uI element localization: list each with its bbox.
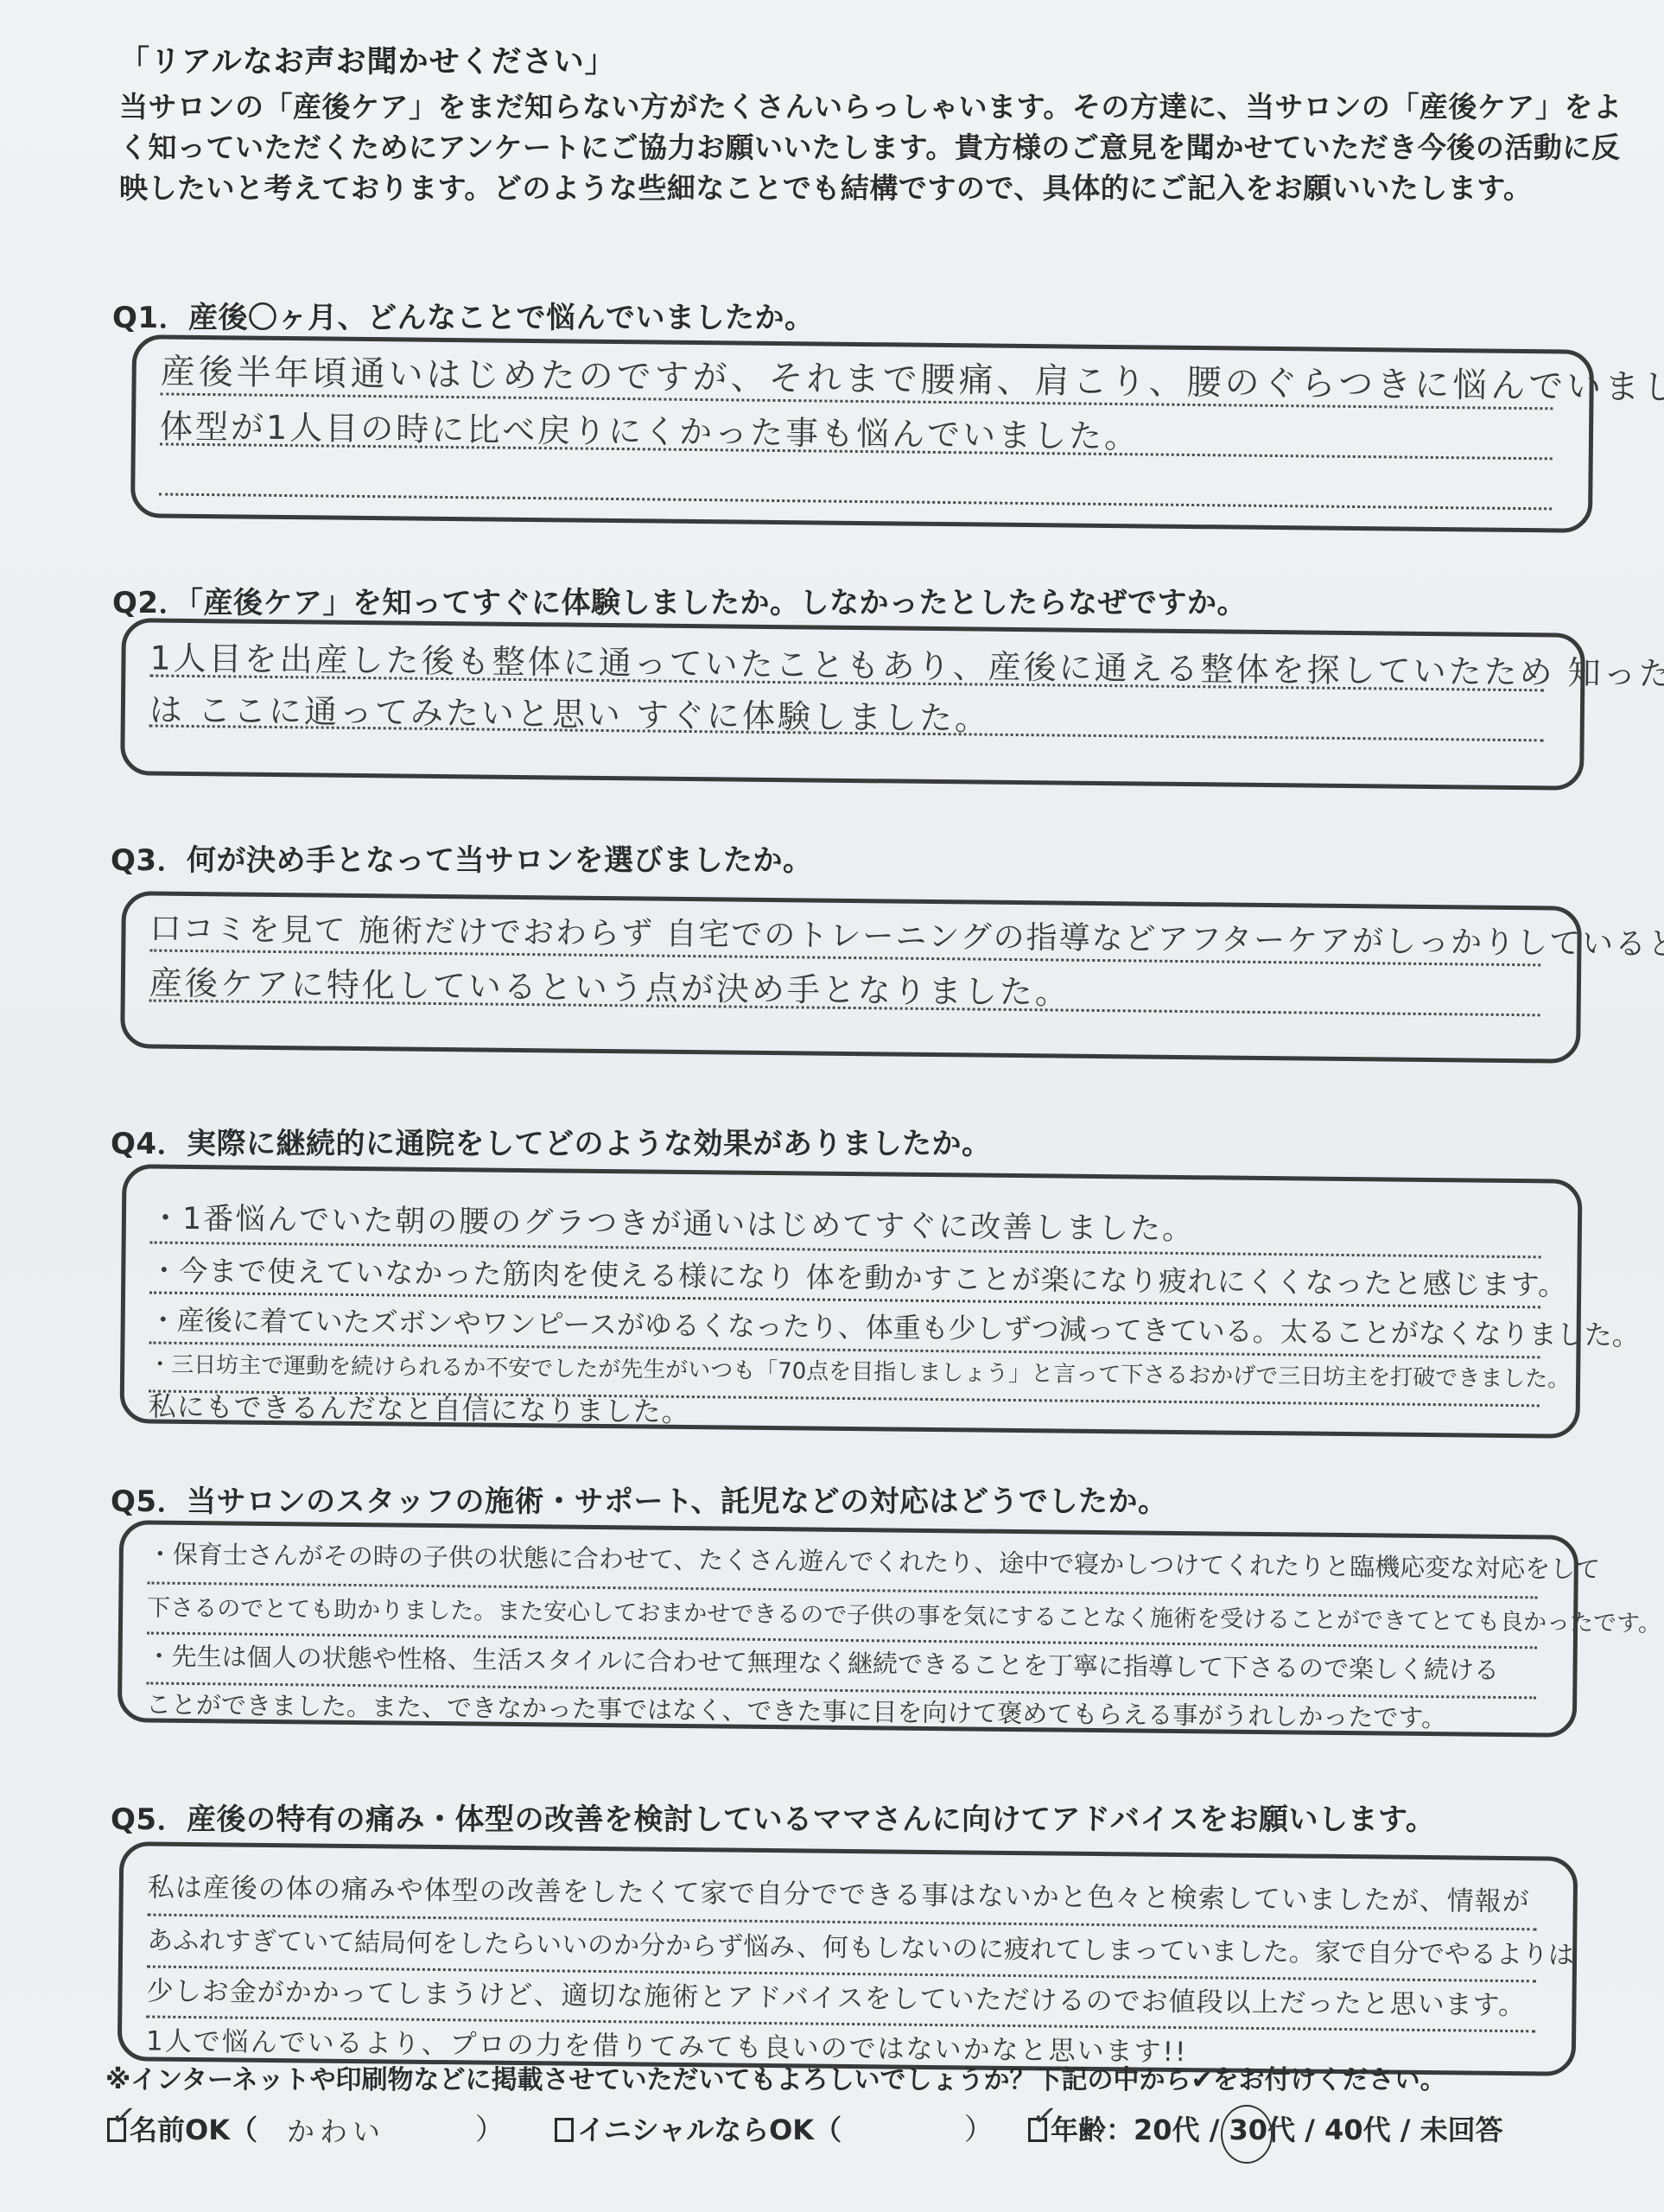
question-3-label: Q3．何が決め手となって当サロンを選びましたか。 <box>111 836 813 879</box>
intro-line: 当サロンの「産後ケア」をまだ知らない方がたくさんいらっしゃいます。その方達に、当… <box>119 86 1588 127</box>
question-2-answer-box[interactable]: 1人目を出産した後も整体に通っていたこともあり、産後に通える整体を探していたため… <box>120 618 1585 791</box>
age-option-20s[interactable]: 20代 <box>1134 2108 1200 2152</box>
survey-intro: 当サロンの「産後ケア」をまだ知らない方がたくさんいらっしゃいます。その方達に、当… <box>119 86 1588 208</box>
age-option[interactable]: ✓ 年齢：20代 / 30代 / 40代 / 未回答 <box>1028 2108 1503 2152</box>
consent-options: ✓ 名前OK（ かわい ） イニシャルならOK（ ） ✓ 年齢：20代 / 30… <box>107 2108 1576 2152</box>
question-6-label: Q5．産後の特有の痛み・体型の改善を検討しているママさんに向けてアドバイスをお願… <box>111 1796 1435 1838</box>
publication-consent-notice: ※インターネットや印刷物などに掲載させていただいてもよろしいでしょうか？下記の中… <box>105 2058 1446 2096</box>
answer-line: ・保育士さんがその時の子供の状態に合わせて、たくさん遊んでくれたり、途中で寝かし… <box>148 1535 1601 1586</box>
age-separator: / <box>1391 2113 1420 2146</box>
question-4-answer-box[interactable]: ・1番悩んでいた朝の腰のグラつきが通いはじめてすぐに改善しました。 ・今まで使え… <box>119 1164 1582 1439</box>
question-1-label: Q1．産後〇ヶ月、どんなことで悩んでいましたか。 <box>112 294 815 336</box>
age-label: 年齢： <box>1051 2113 1134 2146</box>
age-separator: / <box>1295 2113 1324 2146</box>
intro-line: く知っていただくためにアンケートにご協力お願いいたします。貴方様のご意見を聞かせ… <box>119 127 1588 168</box>
survey-title: 「リアルなお声お聞かせください」 <box>119 38 616 81</box>
answer-line: ・1番悩んでいた朝の腰のグラつきが通いはじめてすぐに改善しました。 <box>150 1195 1195 1249</box>
name-ok-label: 名前OK（ <box>130 2113 257 2146</box>
age-option-30s-selected[interactable]: 30代 <box>1229 2108 1296 2152</box>
question-2-label: Q2．「産後ケア」を知ってすぐに体験しましたか。しなかったとしたらなぜですか。 <box>112 579 1247 621</box>
name-ok-option[interactable]: ✓ 名前OK（ <box>107 2108 257 2152</box>
initial-field-close: ） <box>964 2108 994 2152</box>
question-4-label: Q4．実際に継続的に通院をしてどのような効果がありましたか。 <box>111 1120 992 1162</box>
question-5-answer-box[interactable]: ・保育士さんがその時の子供の状態に合わせて、たくさん遊んでくれたり、途中で寝かし… <box>117 1520 1578 1738</box>
question-3-answer-box[interactable]: 口コミを見て 施術だけでおわらず 自宅でのトレーニングの指導などアフターケアがし… <box>120 891 1582 1064</box>
name-ok-checkbox[interactable]: ✓ <box>107 2118 126 2142</box>
intro-line: 映したいと考えております。どのような些細なことでも結構ですので、具体的にご記入を… <box>119 168 1588 208</box>
initial-ok-checkbox[interactable] <box>555 2118 574 2142</box>
name-field[interactable]: かわい <box>287 2110 385 2153</box>
question-6-answer-box[interactable]: 私は産後の体の痛みや体型の改善をしたくて家で自分でできる事はないかと色々と検索し… <box>117 1841 1578 2076</box>
answer-line: 私にもできるんだなと自信になりました。 <box>148 1384 689 1430</box>
answer-line: 私は産後の体の痛みや体型の改善をしたくて家で自分でできる事はないかと色々と検索し… <box>148 1866 1530 1919</box>
age-option-40s[interactable]: 40代 <box>1324 2108 1391 2152</box>
age-checkbox[interactable]: ✓ <box>1028 2118 1047 2142</box>
initial-ok-option[interactable]: イニシャルならOK（ <box>555 2108 842 2152</box>
question-5-label: Q5．当サロンのスタッフの施術・サポート、託児などの対応はどうでしたか。 <box>111 1478 1168 1520</box>
question-1-answer-box[interactable]: 産後半年頃通いはじめたのですが、それまで腰痛、肩こり、腰のぐらつきに悩んでいまし… <box>130 334 1594 533</box>
name-field-close: ） <box>475 2108 505 2152</box>
dotted-rule <box>159 493 1552 510</box>
age-option-no-answer[interactable]: 未回答 <box>1420 2108 1503 2152</box>
initial-ok-label: イニシャルならOK（ <box>577 2113 842 2146</box>
